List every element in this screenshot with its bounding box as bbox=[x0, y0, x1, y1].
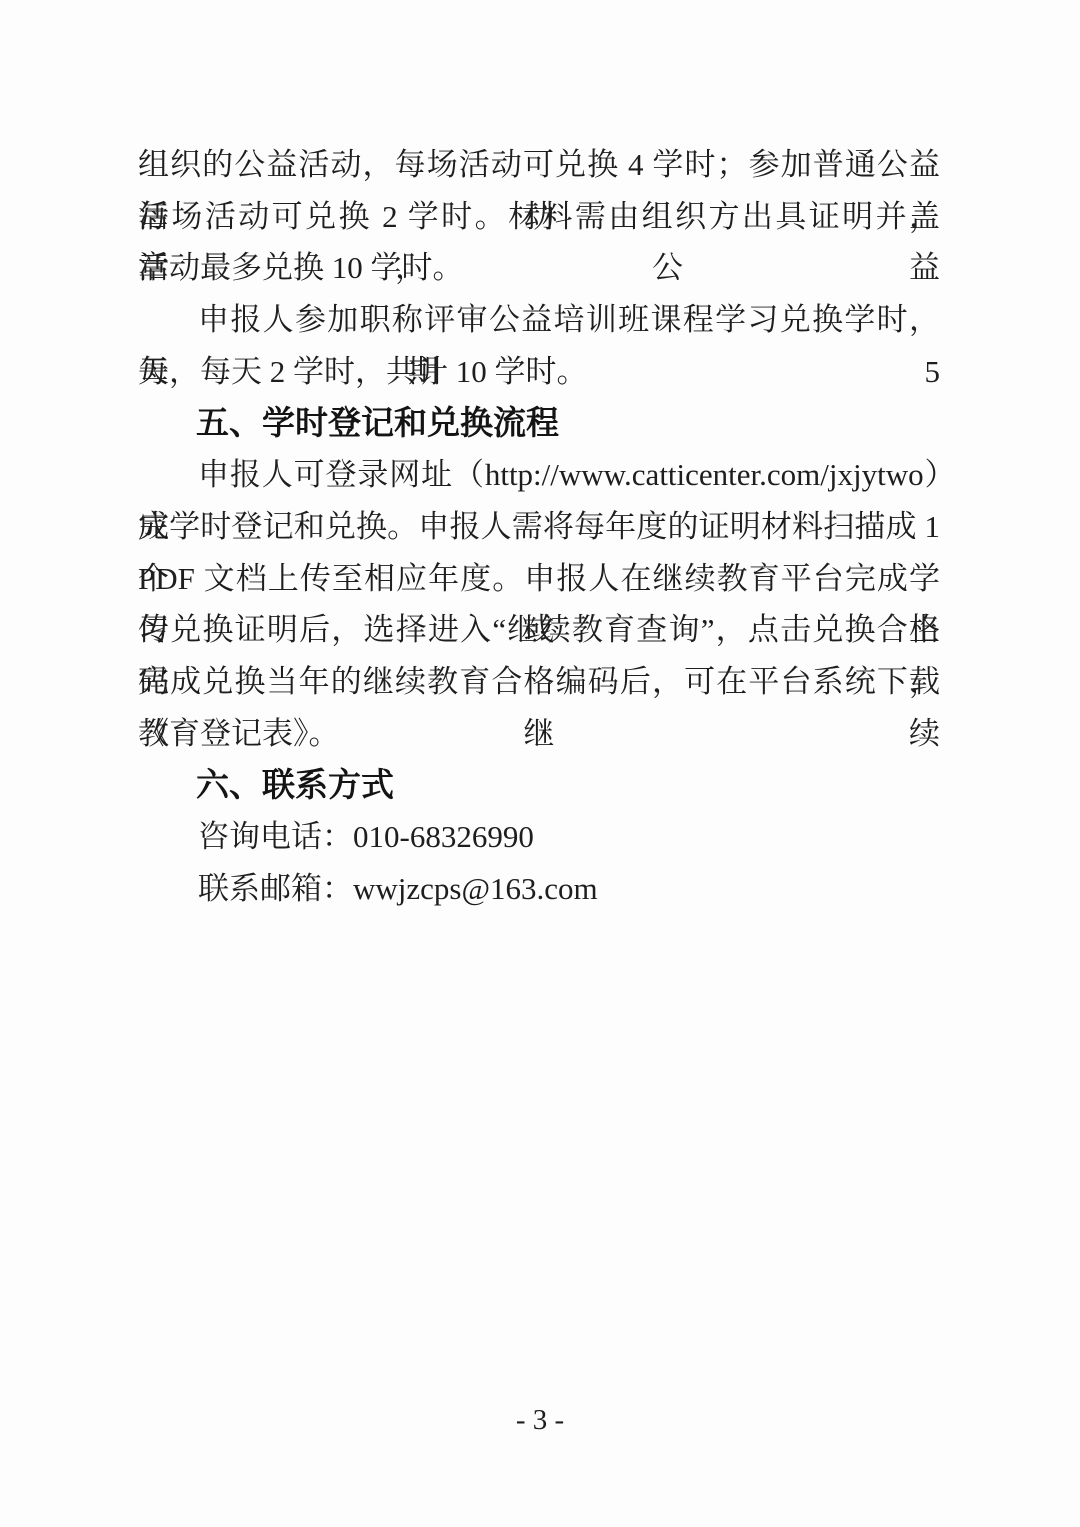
contact-email-label: 联系邮箱： bbox=[198, 871, 353, 906]
contact-phone-label: 咨询电话： bbox=[198, 819, 353, 854]
paragraph-process-line-2: 成学时登记和兑换。申报人需将每年度的证明材料扫描成 1 个 bbox=[138, 501, 940, 553]
contact-phone-number: 010-68326990 bbox=[353, 819, 534, 854]
paragraph-continued-line-1: 组织的公益活动，每场活动可兑换 4 学时；参加普通公益活动， bbox=[138, 139, 940, 191]
paragraph-process-line-3: PDF 文档上传至相应年度。申报人在继续教育平台完成学习或上 bbox=[138, 553, 940, 605]
paragraph-process-line-4: 传兑换证明后，选择进入“继续教育查询”，点击兑换合格码， bbox=[138, 604, 940, 656]
section-heading-5: 五、学时登记和兑换流程 bbox=[138, 397, 940, 449]
section-heading-6: 六、联系方式 bbox=[138, 759, 940, 811]
paragraph-continued-line-2: 每场活动可兑换 2 学时。材料需由组织方出具证明并盖章，公益 bbox=[138, 191, 940, 243]
document-body: 组织的公益活动，每场活动可兑换 4 学时；参加普通公益活动， 每场活动可兑换 2… bbox=[138, 139, 940, 914]
page-number: - 3 - bbox=[0, 1394, 1080, 1446]
paragraph-training-line-1: 申报人参加职称评审公益培训班课程学习兑换学时，每期 5 bbox=[138, 294, 940, 346]
document-page: 组织的公益活动，每场活动可兑换 4 学时；参加普通公益活动， 每场活动可兑换 2… bbox=[0, 0, 1080, 1527]
contact-phone-line: 咨询电话：010-68326990 bbox=[138, 811, 940, 863]
contact-email-line: 联系邮箱：wwjzcps@163.com bbox=[138, 863, 940, 915]
contact-email-address: wwjzcps@163.com bbox=[353, 871, 598, 906]
paragraph-process-line-5: 完成兑换当年的继续教育合格编码后，可在平台系统下载《继续 bbox=[138, 656, 940, 708]
paragraph-process-line-1: 申报人可登录网址（http://www.catticenter.com/jxjy… bbox=[138, 449, 940, 501]
